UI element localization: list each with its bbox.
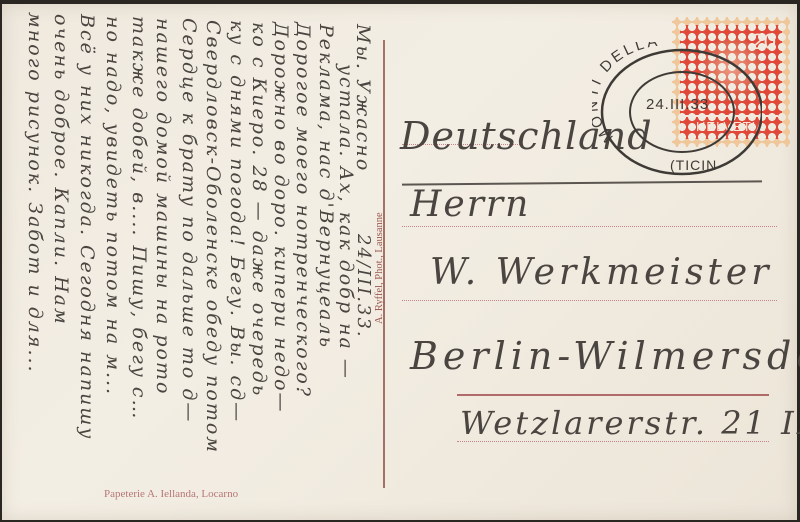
svg-text:(TICIN: (TICIN bbox=[670, 157, 717, 173]
message-line: Всё у них никогда. Сегодня напишу bbox=[76, 14, 98, 440]
message-line: Свердловск-Оболенске обеду потом bbox=[202, 20, 224, 454]
message-line: но надо, увидеть потом на м... bbox=[102, 16, 124, 396]
photo-credit: A. Ryffel, Phot., Lausanne bbox=[374, 212, 385, 324]
message-line: Дорожно во доро. кипери недо— bbox=[270, 22, 292, 414]
address-name: W. Werkmeister bbox=[430, 252, 772, 293]
message-line: также добей, в.... Пишу, бегу с… bbox=[128, 16, 150, 421]
postcard: Mы. Ужасно устала. Ах, как добр на — Рек… bbox=[2, 4, 797, 520]
address-line-3 bbox=[402, 300, 777, 301]
handwritten-message: Mы. Ужасно устала. Ах, как добр на — Рек… bbox=[2, 4, 382, 520]
postmark: MONTI DELLA (TICIN 24.III.33 bbox=[592, 42, 762, 182]
publisher-imprint: Papeterie A. Iellanda, Locarno bbox=[104, 488, 238, 500]
message-date: 24/III.33. bbox=[353, 234, 374, 339]
svg-text:MONTI DELLA: MONTI DELLA bbox=[592, 42, 661, 146]
postmark-date: 24.III.33 bbox=[646, 96, 709, 113]
address-street: Wetzlarerstr. 21 II bbox=[460, 404, 800, 442]
message-line: Дорогое моего нотренческого? bbox=[292, 22, 314, 398]
message-line: ку с днями погода! Бегу. Вы. сд— bbox=[226, 20, 248, 423]
message-line: нашего домой машины на рото bbox=[152, 18, 174, 395]
city-underline bbox=[457, 394, 769, 396]
message-line: очень доброе. Капли. Нам bbox=[50, 14, 72, 326]
address-salutation: Herrn bbox=[410, 184, 530, 225]
address-line-2 bbox=[402, 226, 777, 227]
address-city: Berlin-Wilmersdorf bbox=[410, 334, 800, 378]
message-line: ко с Киеро. 28 — даже очередь bbox=[248, 22, 270, 397]
message-line: Реклама, нас д'Вернуцеаль bbox=[315, 24, 337, 349]
message-line: Сердце к брату по дальше то д— bbox=[178, 18, 200, 423]
message-line: много рисунок. Забот и для... bbox=[24, 12, 46, 374]
